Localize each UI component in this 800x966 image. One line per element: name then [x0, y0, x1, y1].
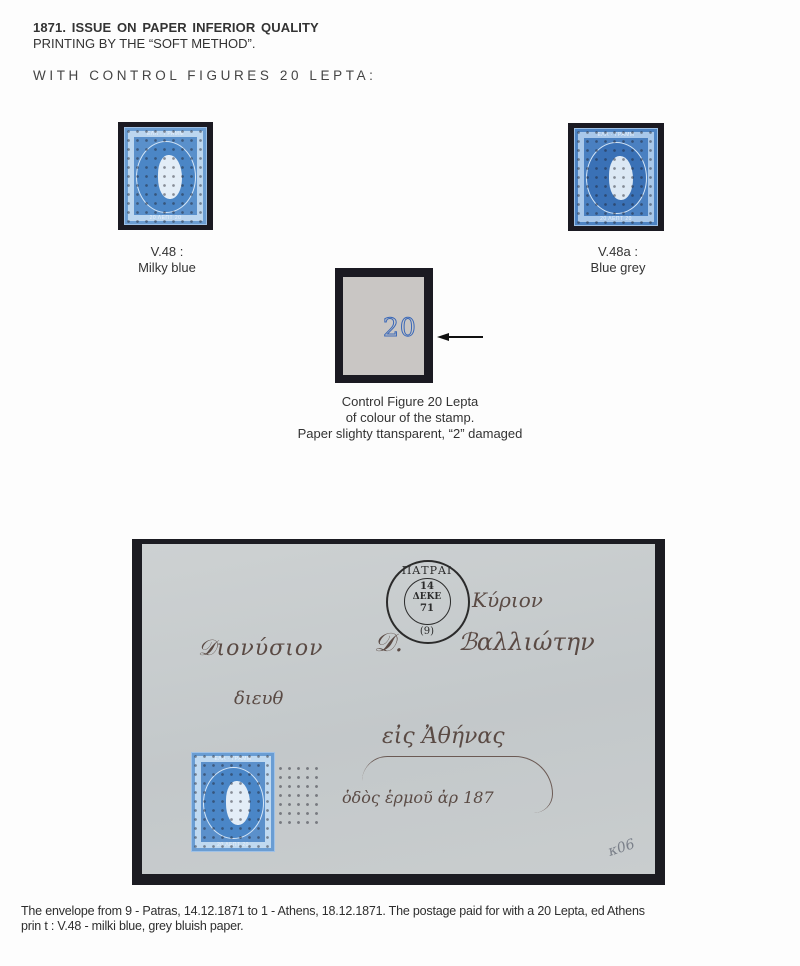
postmark-month: ΔΕΚΕ — [406, 592, 448, 602]
page-title: 1871. ISSUE ON PAPER INFERIOR QUALITY — [33, 20, 319, 35]
control-figure-caption: Control Figure 20 Lepta of colour of the… — [270, 394, 550, 442]
stamp-v48-color: Milky blue — [115, 260, 219, 276]
envelope-description: The envelope from 9 - Patras, 14.12.1871… — [21, 904, 791, 934]
stamp-v48a: ΕΛΛ · ΓΡΑΜΜ 20 ΛΕΠΤ 20 — [574, 128, 658, 226]
handwriting-line-4: ὁδὸς ἑρμοῦ ἀρ 187 — [342, 788, 494, 807]
pencil-note: κ06 — [606, 836, 637, 860]
stamp-v48a-color: Blue grey — [566, 260, 670, 276]
handwriting-line-3: εἰς Ἀθήνας — [382, 724, 505, 749]
dotted-cancel-icon — [191, 752, 275, 852]
handwriting-line-1b: 𝒟. — [374, 628, 403, 659]
dotted-cancel-icon — [124, 127, 207, 225]
envelope-mount: ΠΑΤΡΑΙ 14 ΔΕΚΕ 71 (9) 𝒟ιονύσιον 𝒟. ℬαλλι… — [132, 539, 665, 885]
stamp-mount-v48a: ΕΛΛ · ΓΡΑΜΜ 20 ΛΕΠΤ 20 — [568, 123, 664, 231]
stamp-v48a-id: V.48a : — [566, 244, 670, 260]
stamp-back: 20 — [343, 277, 424, 375]
postmark-office: (9) — [406, 626, 448, 637]
stamp-v48-id: V.48 : — [115, 244, 219, 260]
control-figure-mount: 20 — [335, 268, 433, 383]
envelope: ΠΑΤΡΑΙ 14 ΔΕΚΕ 71 (9) 𝒟ιονύσιον 𝒟. ℬαλλι… — [142, 544, 655, 874]
handwriting-salutation: Κύριον — [472, 588, 543, 612]
dotted-cancel-spillover-icon — [276, 764, 322, 824]
section-heading: WITH CONTROL FIGURES 20 LEPTA: — [33, 68, 377, 83]
handwriting-line-1c: ℬαλλιώτην — [458, 628, 595, 656]
postmark-town: ΠΑΤΡΑΙ — [396, 564, 458, 577]
page-subtitle: PRINTING BY THE “SOFT METHOD”. — [33, 36, 255, 51]
postmark-day: 14 — [406, 581, 448, 592]
postmark-year: 71 — [406, 603, 448, 614]
stamp-v48a-caption: V.48a : Blue grey — [566, 244, 670, 276]
envelope-stamp: ΕΛΛ · ΓΡΑΜΜ 20 ΛΕΠΤ 20 — [191, 752, 275, 852]
stamp-v48-caption: V.48 : Milky blue — [115, 244, 219, 276]
control-figure-20: 20 — [383, 313, 417, 342]
arrow-left-icon — [437, 333, 483, 342]
handwriting-line-2: διευθ — [234, 688, 283, 709]
stamp-v48: ΕΛΛ · ΓΡΑΜΜ 20 ΛΕΠΤ 20 — [124, 127, 207, 225]
stamp-mount-v48: ΕΛΛ · ΓΡΑΜΜ 20 ΛΕΠΤ 20 — [118, 122, 213, 230]
dotted-cancel-icon — [574, 128, 658, 226]
handwriting-line-1: 𝒟ιονύσιον — [198, 636, 323, 661]
